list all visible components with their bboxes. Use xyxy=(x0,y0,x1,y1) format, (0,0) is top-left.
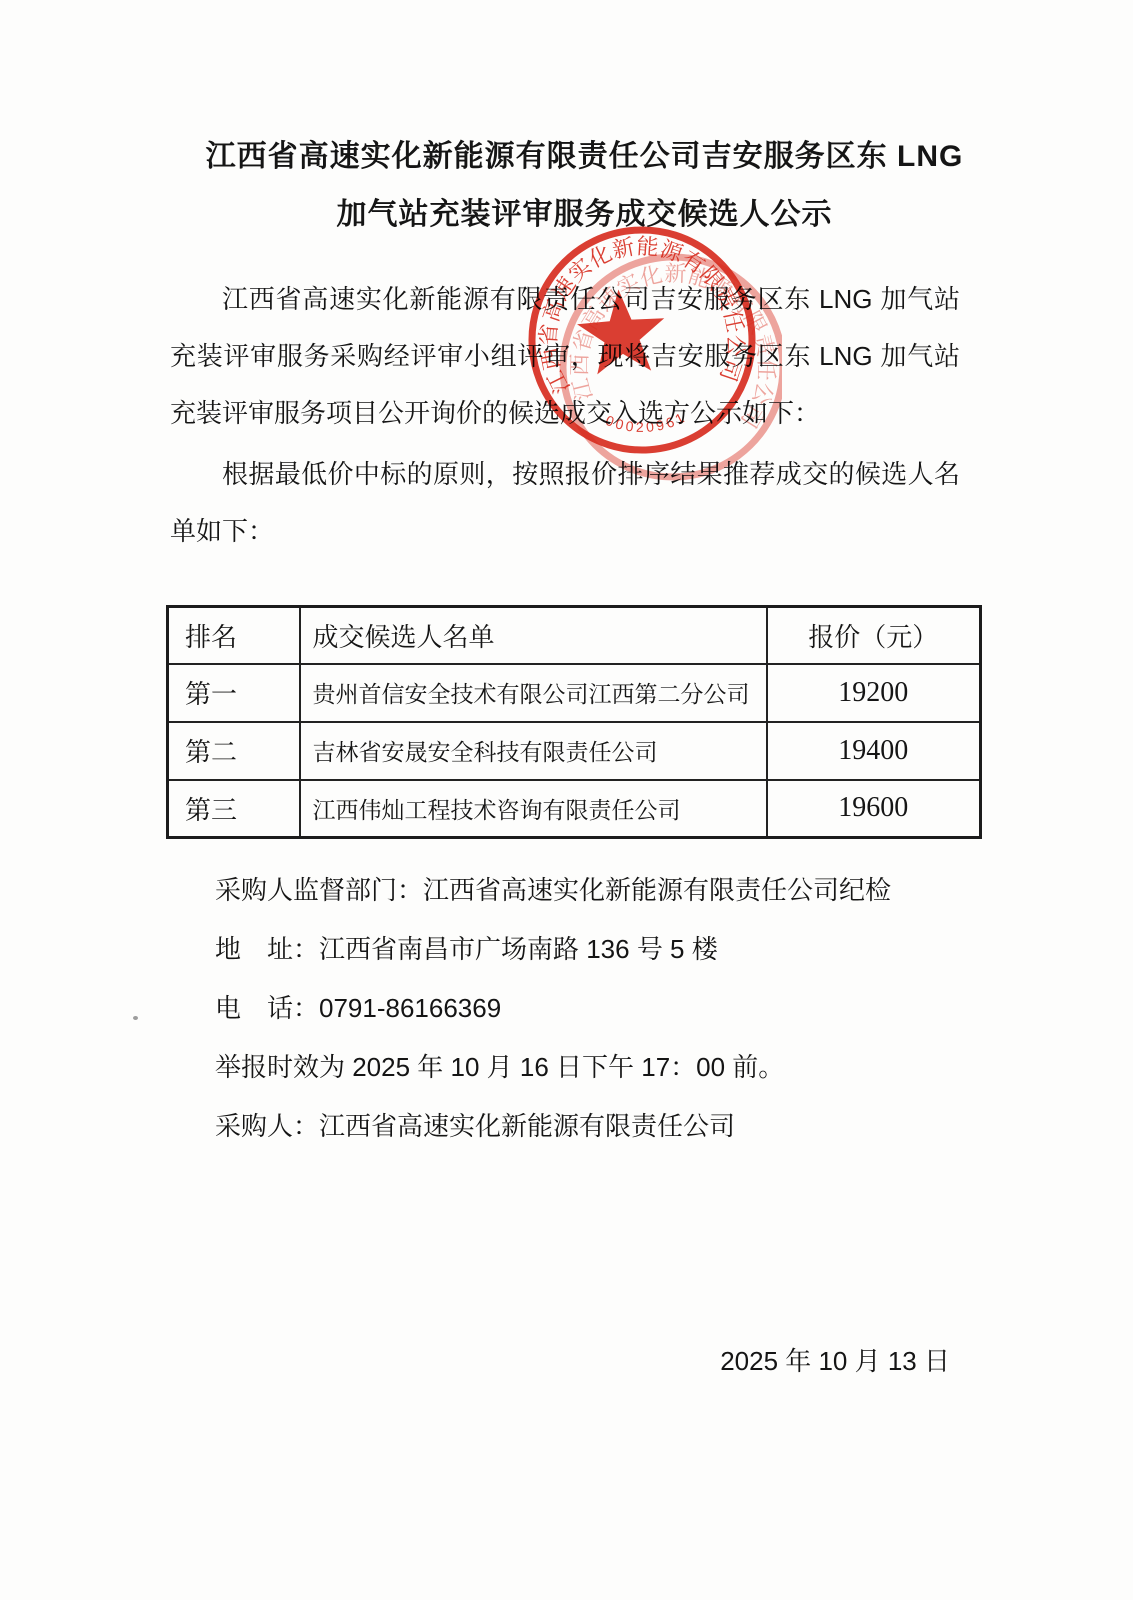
candidates-table: 排名 成交候选人名单 报价（元） 第一 贵州首信安全技术有限公司江西第二分公司 … xyxy=(166,605,982,839)
table-row: 第三 江西伟灿工程技术咨询有限责任公司 19600 xyxy=(168,780,981,838)
purchaser-line: 采购人：江西省高速实化新能源有限责任公司 xyxy=(170,1097,960,1156)
address-line: 地 址：江西省南昌市广场南路 136 号 5 楼 xyxy=(170,920,960,979)
title-line-2: 加气站充装评审服务成交候选人公示 xyxy=(36,186,1133,244)
company-cell: 江西伟灿工程技术咨询有限责任公司 xyxy=(300,780,767,838)
paragraph-2: 根据最低价中标的原则，按照报价排序结果推荐成交的候选人名 单如下： xyxy=(170,446,960,560)
header-rank: 排名 xyxy=(168,607,300,664)
header-company: 成交候选人名单 xyxy=(300,607,767,664)
paragraph-1: 江西省高速实化新能源有限责任公司吉安服务区东 LNG 加气站 充装评审服务采购经… xyxy=(170,271,960,442)
paragraph-line: 充装评审服务项目公开询价的候选成交入选方公示如下： xyxy=(170,385,960,442)
company-cell: 贵州首信安全技术有限公司江西第二分公司 xyxy=(300,664,767,722)
paragraph-line: 江西省高速实化新能源有限责任公司吉安服务区东 LNG 加气站 xyxy=(170,271,960,328)
document-title: 江西省高速实化新能源有限责任公司吉安服务区东 LNG 加气站充装评审服务成交候选… xyxy=(36,128,1133,244)
rank-cell: 第一 xyxy=(168,664,300,722)
price-cell: 19400 xyxy=(767,722,981,780)
price-cell: 19600 xyxy=(767,780,981,838)
title-line-1: 江西省高速实化新能源有限责任公司吉安服务区东 LNG xyxy=(36,128,1133,186)
paragraph-line: 充装评审服务采购经评审小组评审，现将吉安服务区东 LNG 加气站 xyxy=(170,328,960,385)
table-row: 第二 吉林省安晟安全科技有限责任公司 19400 xyxy=(168,722,981,780)
phone-line: 电 话：0791-86166369 xyxy=(170,979,960,1038)
rank-cell: 第二 xyxy=(168,722,300,780)
header-price: 报价（元） xyxy=(767,607,981,664)
rank-cell: 第三 xyxy=(168,780,300,838)
supervisor-line: 采购人监督部门：江西省高速实化新能源有限责任公司纪检 xyxy=(170,861,960,920)
company-cell: 吉林省安晟安全科技有限责任公司 xyxy=(300,722,767,780)
table-row: 第一 贵州首信安全技术有限公司江西第二分公司 19200 xyxy=(168,664,981,722)
table-header-row: 排名 成交候选人名单 报价（元） xyxy=(168,607,981,664)
scan-artifact-dot xyxy=(133,1016,138,1020)
document-date: 2025 年 10 月 13 日 xyxy=(720,1332,950,1391)
price-cell: 19200 xyxy=(767,664,981,722)
footer-block: 采购人监督部门：江西省高速实化新能源有限责任公司纪检 地 址：江西省南昌市广场南… xyxy=(170,861,960,1156)
deadline-line: 举报时效为 2025 年 10 月 16 日下午 17：00 前。 xyxy=(170,1038,960,1097)
document-page: 江西省高速实化新能源有限责任公司吉安服务区东 LNG 加气站充装评审服务成交候选… xyxy=(0,0,1133,1600)
paragraph-line: 根据最低价中标的原则，按照报价排序结果推荐成交的候选人名 xyxy=(170,446,960,503)
paragraph-line: 单如下： xyxy=(170,503,960,560)
